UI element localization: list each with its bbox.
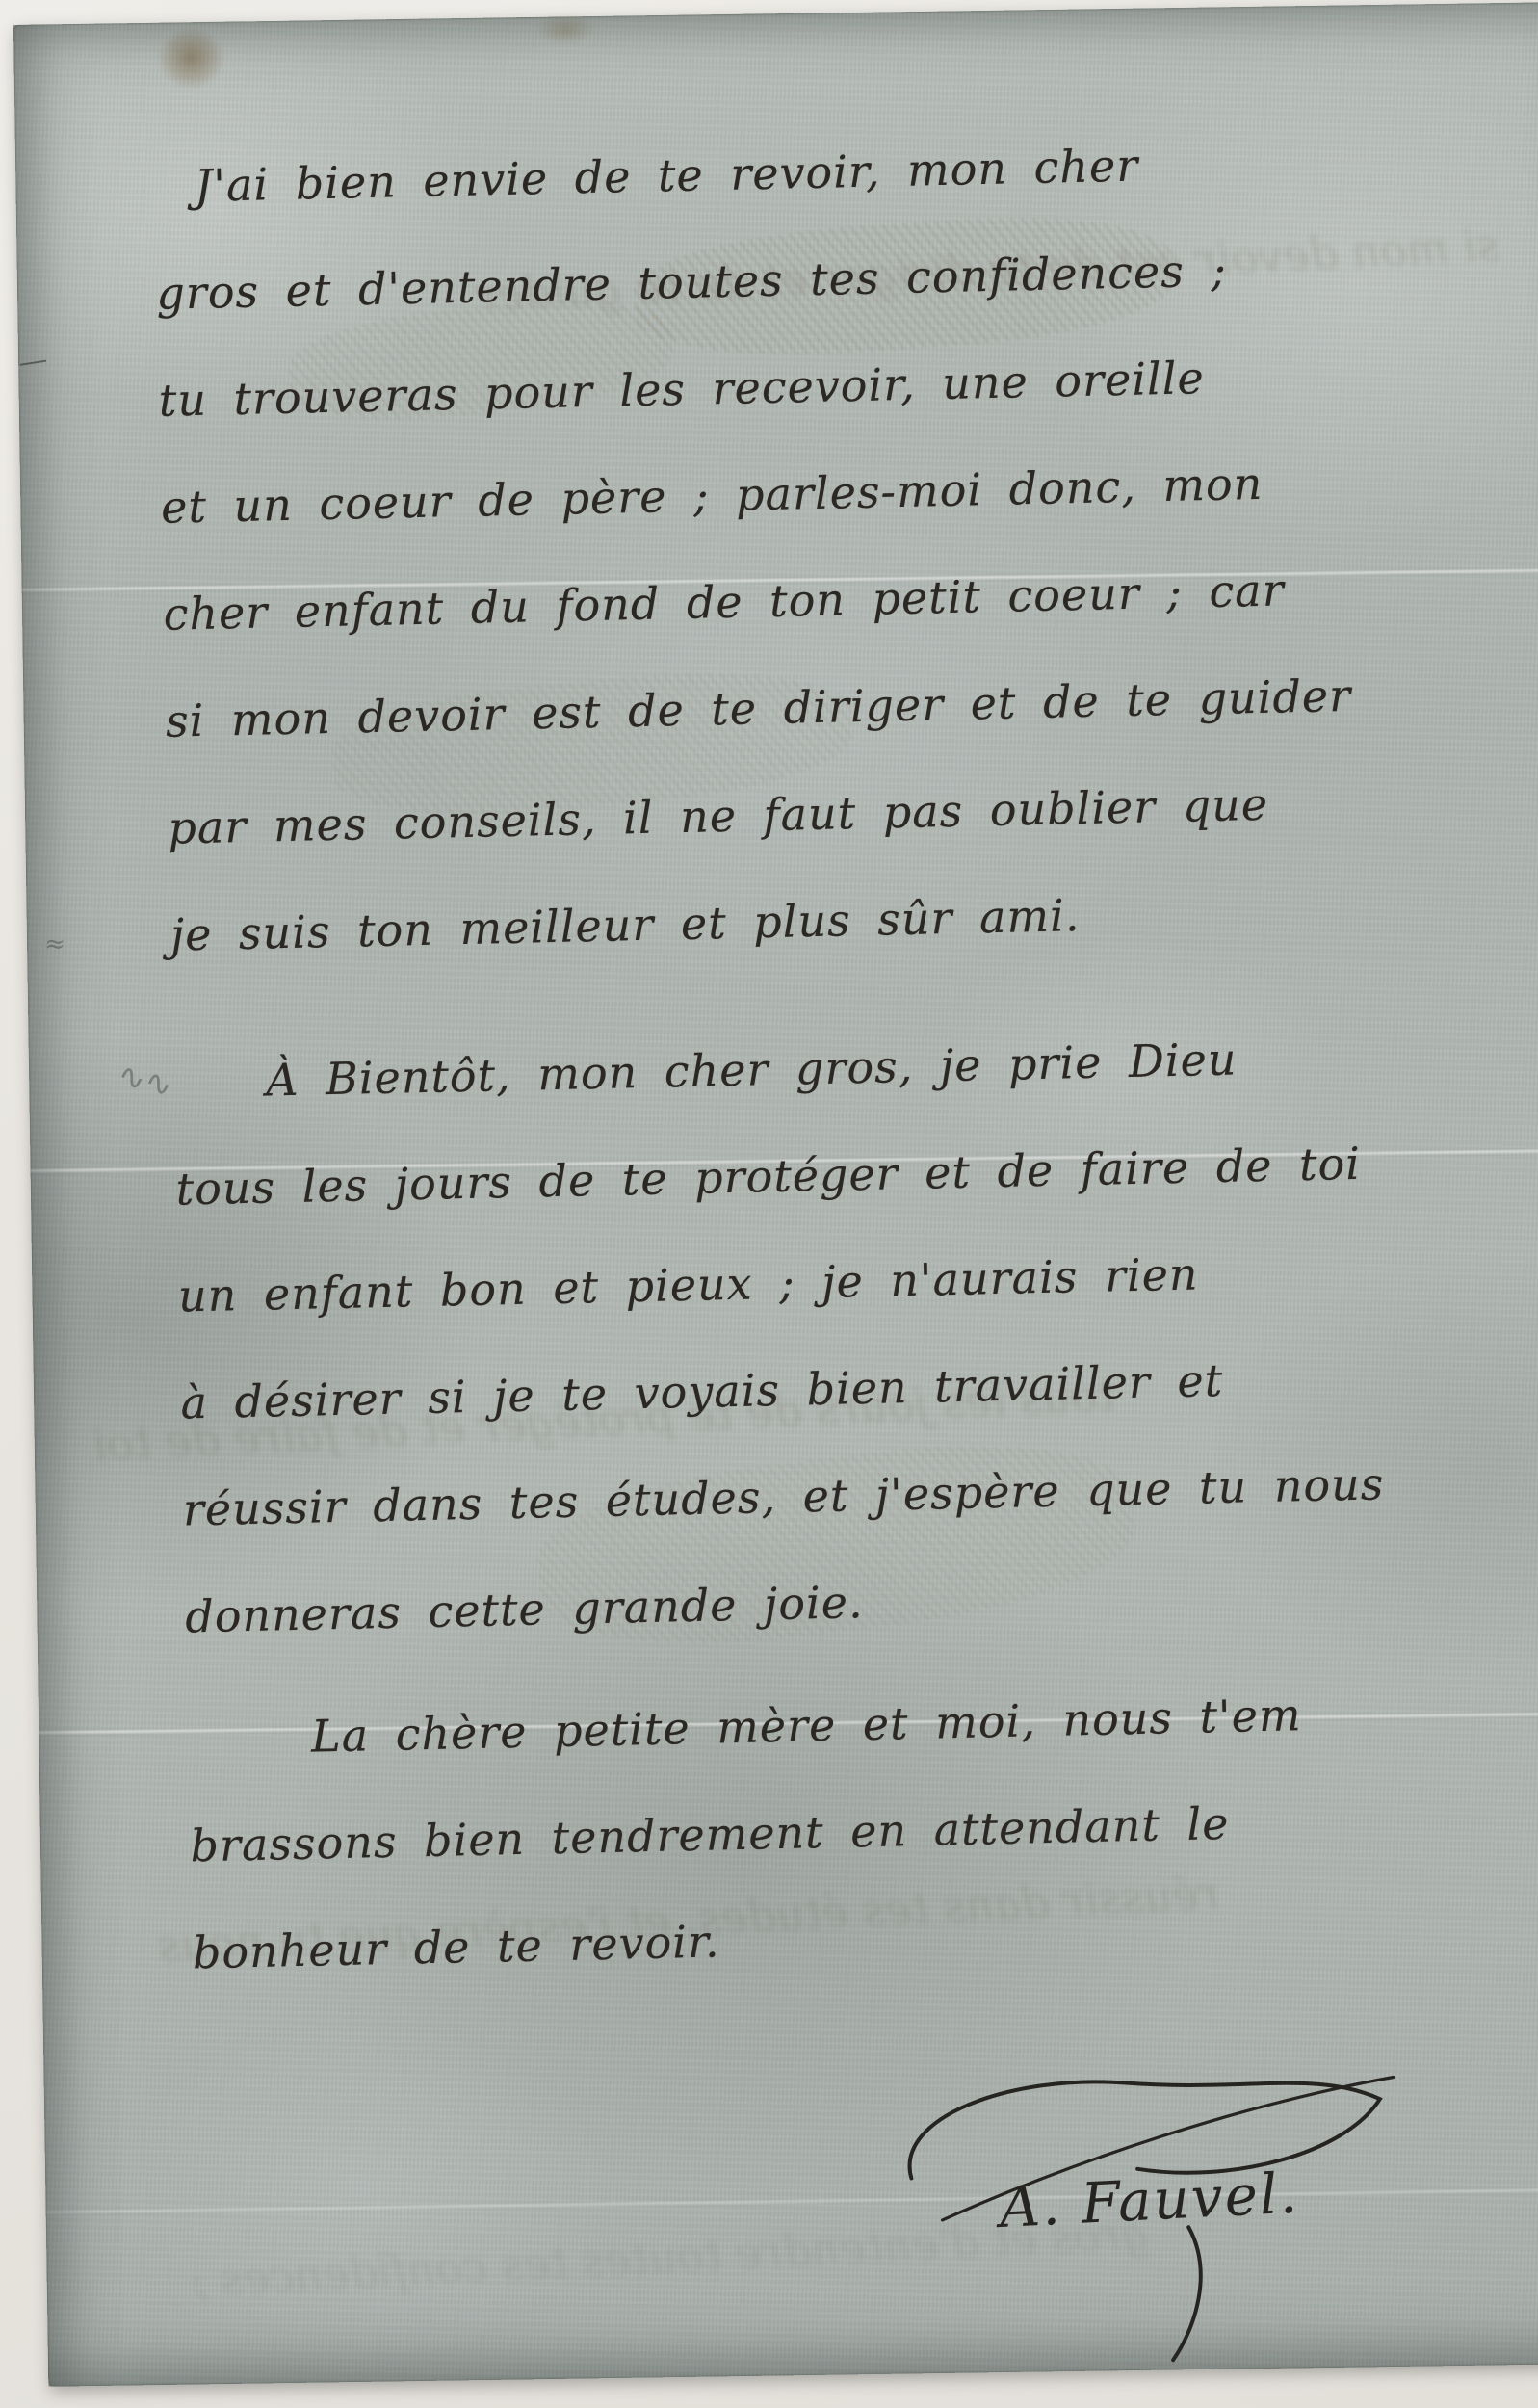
- paper-edge-shading: [13, 2, 1538, 2387]
- letter-paper: si mon devoir est de te diriger et de te…: [13, 2, 1538, 2387]
